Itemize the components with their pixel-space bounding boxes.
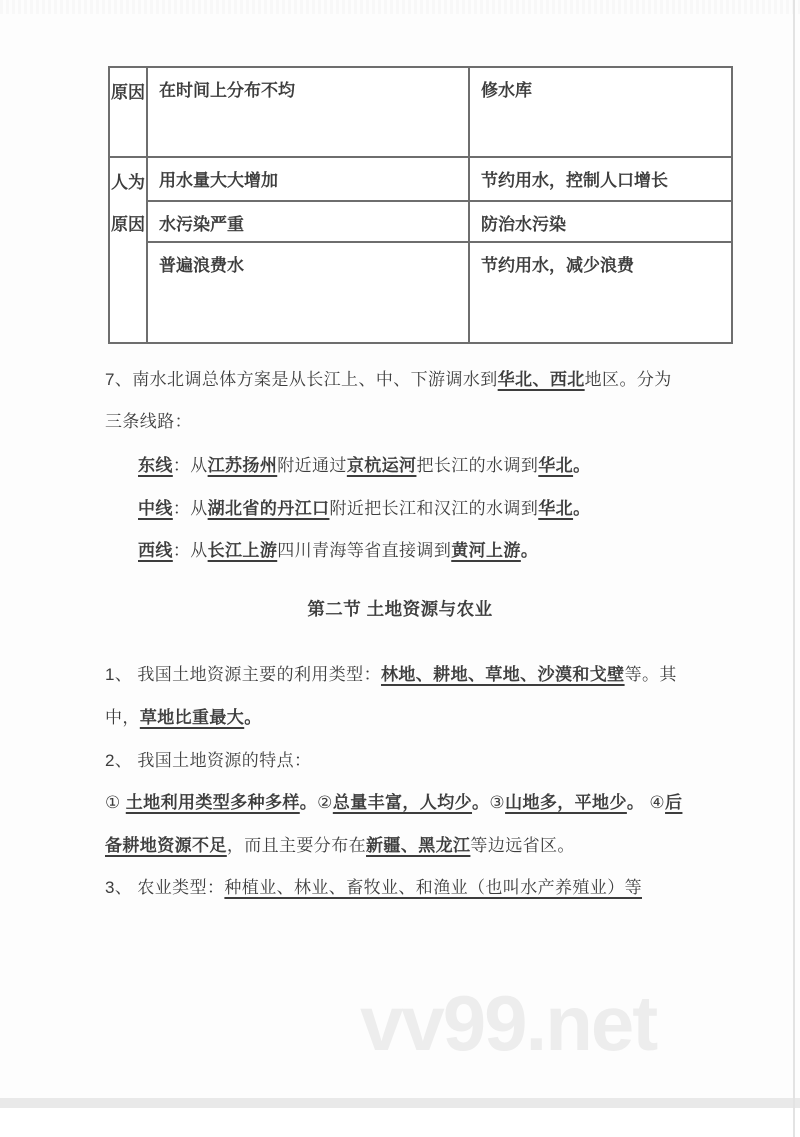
- table-cell-measure: 节约用水，控制人口增长: [470, 158, 731, 202]
- table-cell-measure: 节约用水，减少浪费: [470, 243, 731, 342]
- text-line-west-route: 西线：从长江上游四川青海等省直接调到黄河上游。: [105, 529, 735, 572]
- text-line-agriculture-types: 3、 农业类型：种植业、林业、畜牧业、和渔业（也叫水产养殖业）等: [105, 866, 735, 909]
- text-line-land-use-types-2: 中，草地比重最大。: [105, 696, 735, 739]
- water-problems-table: 原因 在时间上分布不均 修水库 人为原因 用水量大大增加 节约用水，控制人口增长…: [108, 66, 733, 344]
- table-cell-problem: 普遍浪费水: [148, 243, 470, 342]
- table-cell-measure: 防治水污染: [470, 202, 731, 243]
- section-heading: 第二节 土地资源与农业: [0, 588, 800, 631]
- table-row-group-label-natural-cause: 原因: [110, 68, 148, 158]
- text-line-land-features-2: 备耕地资源不足，而且主要分布在新疆、黑龙江等边远省区。: [105, 824, 735, 867]
- page-right-edge: [793, 0, 795, 1137]
- text-line-land-features-intro: 2、 我国土地资源的特点：: [105, 739, 735, 782]
- site-watermark: vv99.net: [360, 984, 656, 1062]
- text-line-three-routes: 三条线路：: [105, 400, 735, 443]
- text-line-land-use-types-1: 1、 我国土地资源主要的利用类型：林地、耕地、草地、沙漠和戈壁等。其: [105, 653, 735, 696]
- next-page-gap: [0, 1108, 800, 1137]
- table-cell-measure: 修水库: [470, 68, 731, 158]
- page-bottom-edge: [0, 1098, 800, 1108]
- table-cell-problem: 在时间上分布不均: [148, 68, 470, 158]
- table-cell-problem: 用水量大大增加: [148, 158, 470, 202]
- table-cell-problem: 水污染严重: [148, 202, 470, 243]
- text-line-middle-route: 中线：从湖北省的丹江口附近把长江和汉江的水调到华北。: [105, 487, 735, 530]
- text-line-south-north-transfer: 7、南水北调总体方案是从长江上、中、下游调水到华北、西北地区。分为: [105, 358, 735, 401]
- text-line-land-features-1: ① 土地利用类型多种多样。②总量丰富，人均少。③山地多，平地少。 ④后: [105, 781, 735, 824]
- text-line-east-route: 东线：从江苏扬州附近通过京杭运河把长江的水调到华北。: [105, 444, 735, 487]
- table-row-group-label-human-cause: 人为原因: [110, 158, 148, 342]
- scan-texture: [0, 0, 800, 14]
